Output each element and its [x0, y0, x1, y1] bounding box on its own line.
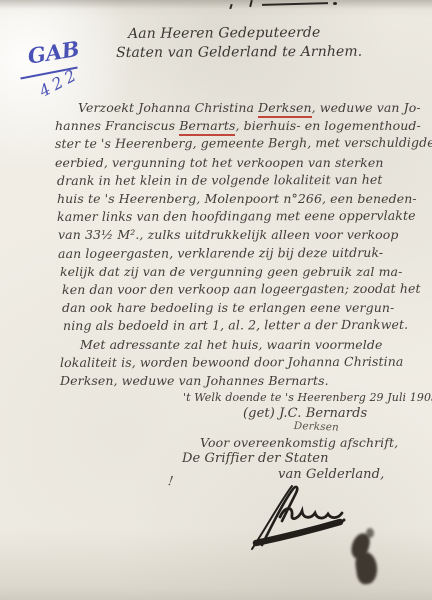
cutoff-pen-dot [333, 2, 337, 5]
applicant-signature-sub: Derksen [294, 420, 339, 434]
body-line: drank in het klein in de volgende lokali… [57, 172, 383, 188]
body-line: kelijk dat zij van de vergunning geen ge… [60, 264, 402, 279]
griffier-signature-flourish [232, 479, 362, 551]
body-line: Derksen, weduwe van Johannes Bernarts. [60, 373, 329, 388]
body-line: kamer links van den hoofdingang met eene… [57, 208, 416, 224]
body-line: ning als bedoeld in art 1, al. 2, letter… [63, 317, 408, 333]
scan-top-edge-shade [0, 0, 432, 9]
body-line: lokaliteit is, worden bewoond door Johan… [60, 354, 403, 370]
address-line-1: Aan Heeren Gedeputeerde [128, 25, 320, 42]
ink-blot [354, 551, 379, 586]
body-text-segment: hannes Franciscus [55, 118, 179, 133]
address-line-2: Staten van Gelderland te Arnhem. [116, 44, 362, 61]
body-line: aan logeergasten, verklarende zij bij de… [58, 245, 383, 261]
scanned-document-page: GAB 422 Aan Heeren Gedeputeerde Staten v… [0, 0, 432, 600]
body-text-segment: , bierhuis- en logementhoud- [235, 118, 420, 133]
body-line: dan ook hare bedoeling is te erlangen ee… [62, 300, 394, 315]
body-text-segment: Verzoekt Johanna Christina [78, 100, 258, 115]
body-line: ster te 's Heerenberg, gemeente Bergh, m… [55, 135, 432, 151]
body-line: huis te 's Heerenberg, Molenpoort n°266,… [57, 191, 417, 206]
body-line: Verzoekt Johanna Christina Derksen, wedu… [78, 100, 421, 115]
red-underlined-surname-bernarts: Bernarts [179, 118, 235, 136]
stray-ink-mark: ! [167, 474, 174, 490]
red-underlined-surname-derksen: Derksen [258, 100, 312, 118]
copy-certification-line: Voor overeenkomstig afschrift, [200, 435, 398, 450]
griffier-title-line: De Griffier der Staten [182, 451, 329, 466]
body-line: hannes Franciscus Bernarts, bierhuis- en… [55, 118, 421, 133]
ink-speck [366, 528, 374, 538]
body-text-segment: , weduwe van Jo- [312, 100, 421, 115]
body-line: Met adressante zal het huis, waarin voor… [80, 337, 383, 352]
body-line: eerbied, vergunning tot het verkoopen va… [55, 155, 383, 170]
applicant-signature-line: (get) J.C. Bernards [243, 406, 367, 421]
dateline: 't Welk doende te 's Heerenberg 29 Juli … [183, 391, 432, 404]
body-line: ken dan voor den verkoop aan logeergaste… [62, 281, 421, 297]
body-line: van 33½ M²., zulks uitdrukkelijk alleen … [58, 227, 399, 242]
